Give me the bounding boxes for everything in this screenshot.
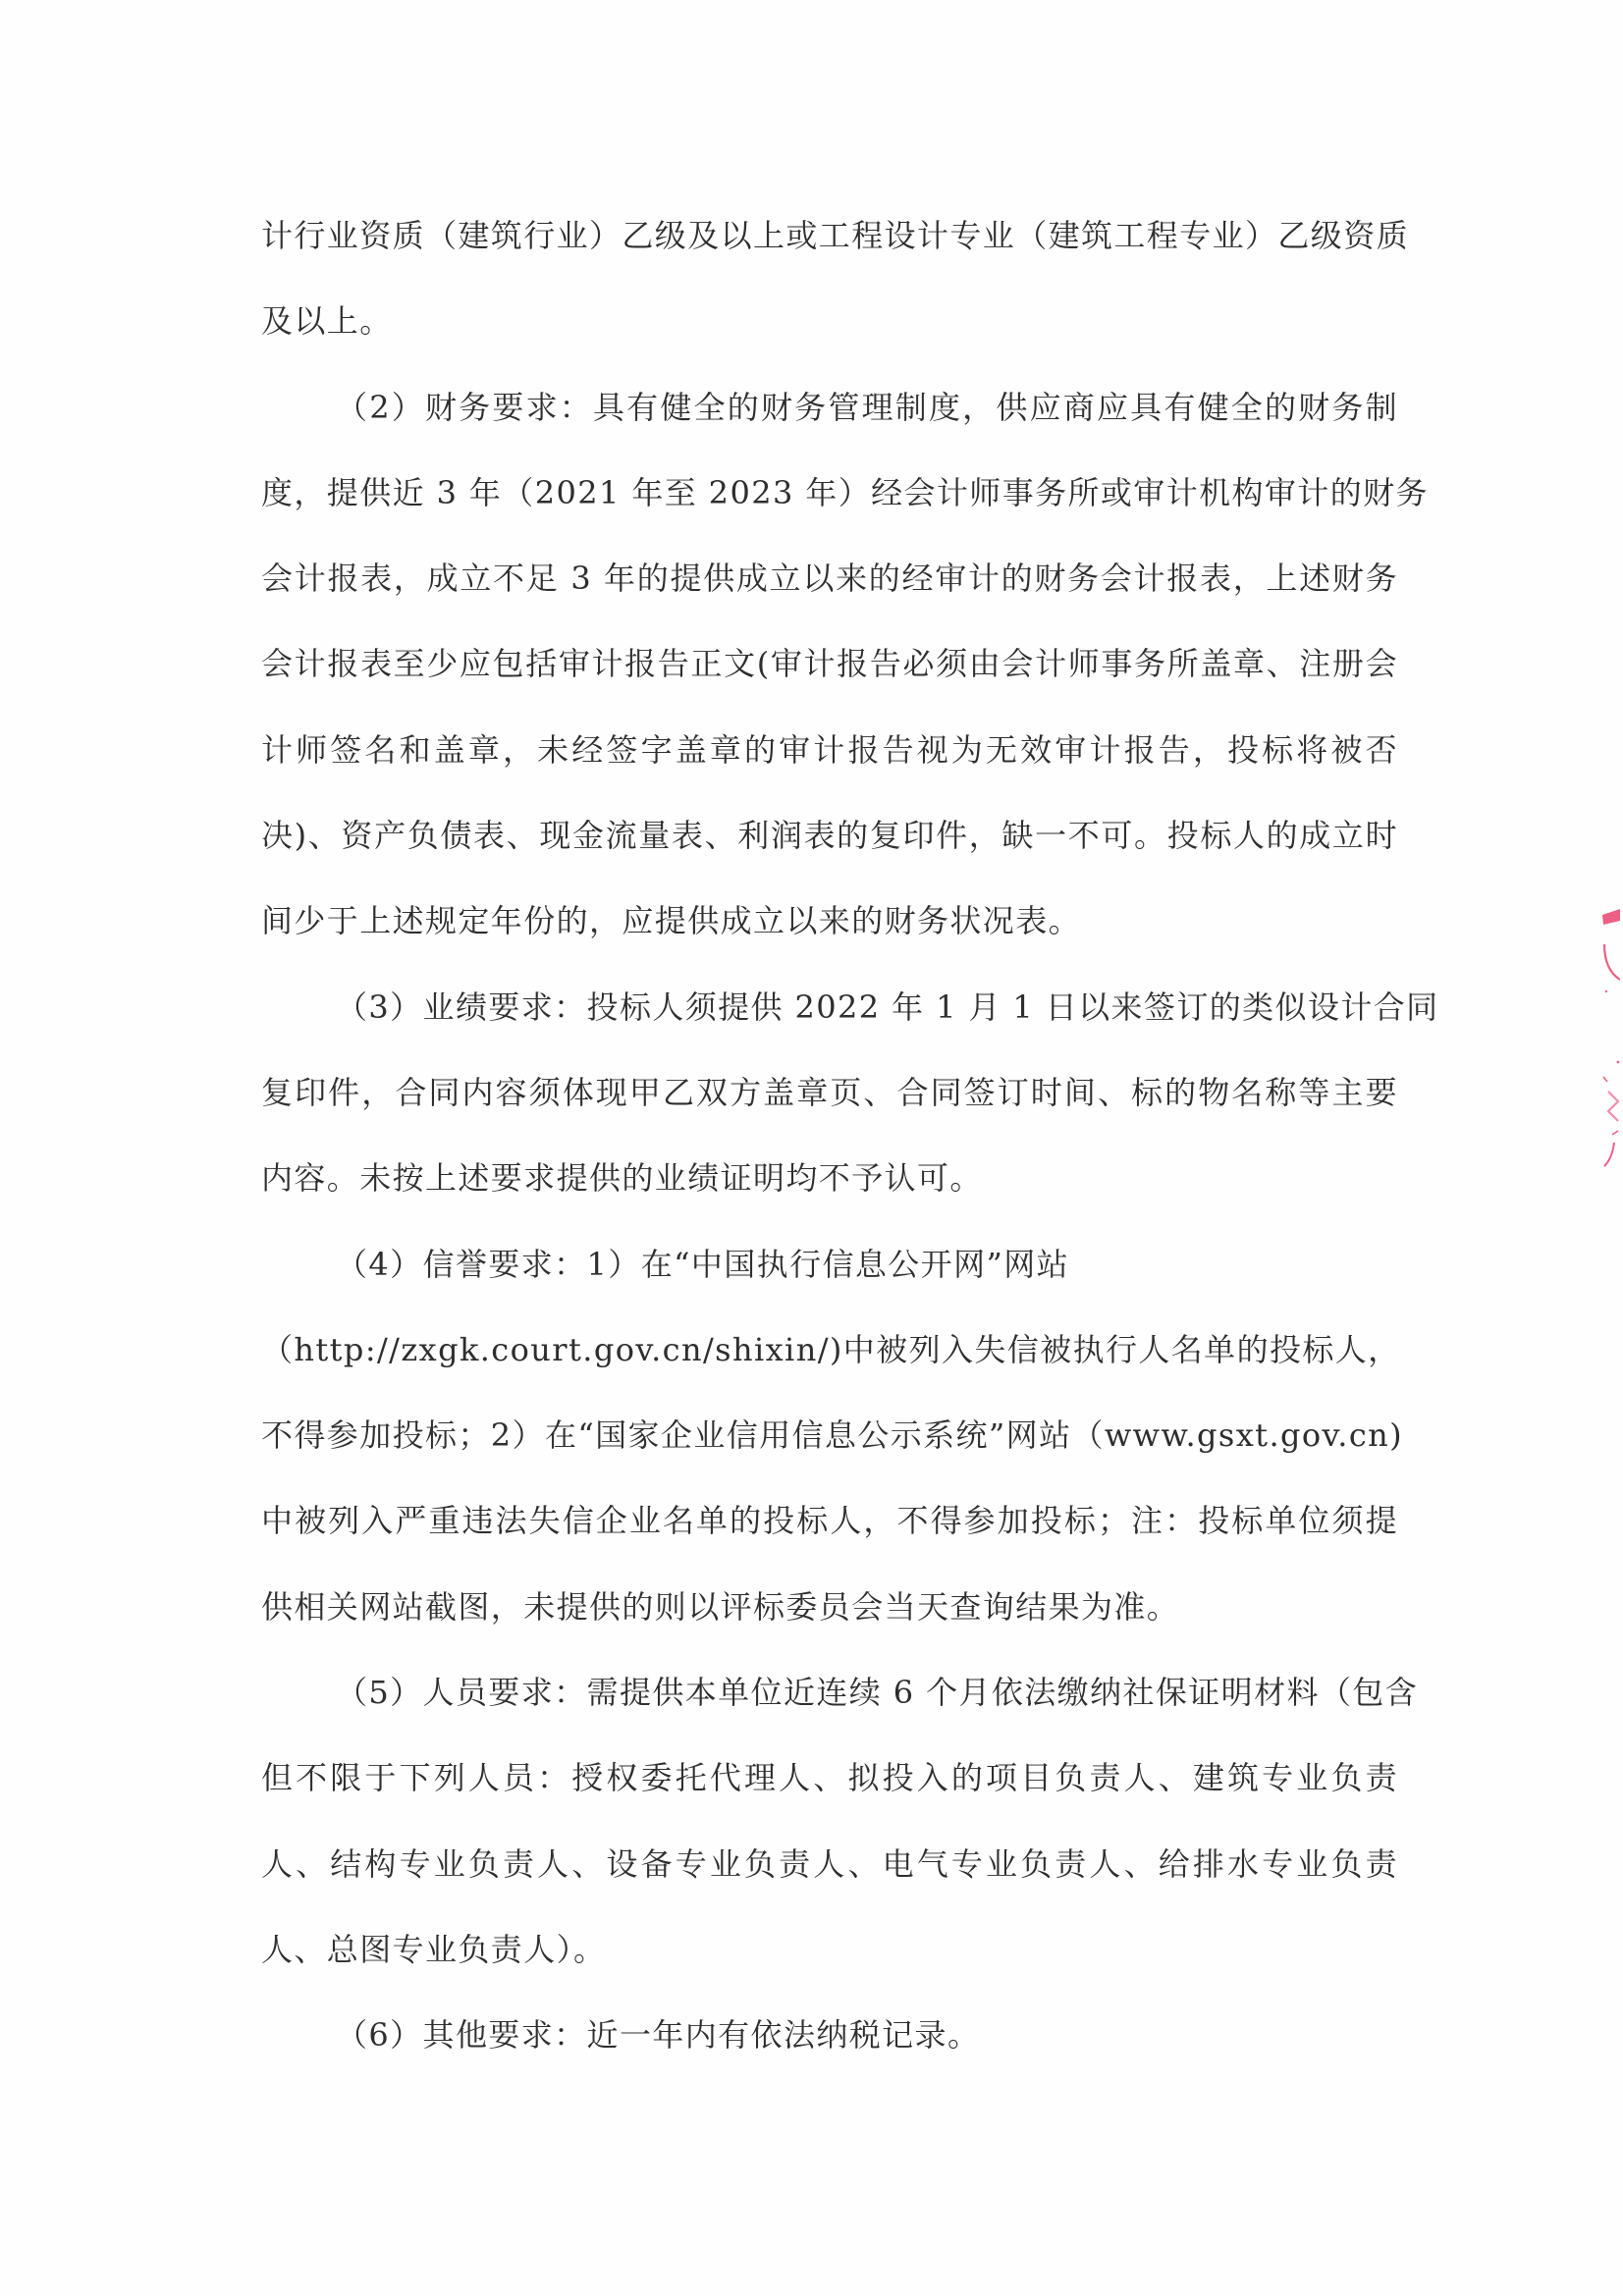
text-line: 计行业资质（建筑行业）乙级及以上或工程设计专业（建筑工程专业）乙级资质	[261, 209, 1398, 294]
paragraph-heading-line: （3）业绩要求：投标人须提供 2022 年 1 月 1 日以来签订的类似设计合同	[261, 981, 1398, 1066]
paragraph-heading-line: （2）财务要求：具有健全的财务管理制度，供应商应具有健全的财务制	[261, 381, 1398, 466]
text-line: 内容。未按上述要求提供的业绩证明均不予认可。	[261, 1151, 1398, 1237]
document-body: 计行业资质（建筑行业）乙级及以上或工程设计专业（建筑工程专业）乙级资质 及以上。…	[261, 209, 1398, 2095]
text-line: 但不限于下列人员：授权委托代理人、拟投入的项目负责人、建筑专业负责	[261, 1751, 1398, 1837]
text-line: 供相关网站截图，未提供的则以评标委员会当天查询结果为准。	[261, 1580, 1398, 1666]
paragraph-performance-requirements: （3）业绩要求：投标人须提供 2022 年 1 月 1 日以来签订的类似设计合同…	[261, 981, 1398, 1238]
text-line-url: 不得参加投标；2）在“国家企业信用信息公示系统”网站（www.gsxt.gov.…	[261, 1409, 1398, 1494]
text-line: 及以上。	[261, 294, 1398, 380]
text-line: 人、总图专业负责人）。	[261, 1923, 1398, 2008]
text-line: 度，提供近 3 年（2021 年至 2023 年）经会计师事务所或审计机构审计的…	[261, 466, 1398, 552]
text-line: 计师签名和盖章，未经签字盖章的审计报告视为无效审计报告，投标将被否	[261, 723, 1398, 809]
document-page: 计行业资质（建筑行业）乙级及以上或工程设计专业（建筑工程专业）乙级资质 及以上。…	[0, 0, 1623, 2296]
text-line: 会计报表，成立不足 3 年的提供成立以来的经审计的财务会计报表，上述财务	[261, 552, 1398, 637]
paragraph-credit-requirements: （4）信誉要求：1）在“中国执行信息公开网”网站 （http://zxgk.co…	[261, 1238, 1398, 1666]
text-line: 间少于上述规定年份的，应提供成立以来的财务状况表。	[261, 894, 1398, 980]
text-line: 决)、资产负债表、现金流量表、利润表的复印件，缺一不可。投标人的成立时	[261, 809, 1398, 894]
paragraph-personnel-requirements: （5）人员要求：需提供本单位近连续 6 个月依法缴纳社保证明材料（包含 但不限于…	[261, 1666, 1398, 2008]
paragraph-qualification-continued: 计行业资质（建筑行业）乙级及以上或工程设计专业（建筑工程专业）乙级资质 及以上。	[261, 209, 1398, 381]
text-line: 人、结构专业负责人、设备专业负责人、电气专业负责人、给排水专业负责	[261, 1838, 1398, 1923]
text-line: 中被列入严重违法失信企业名单的投标人，不得参加投标；注：投标单位须提	[261, 1494, 1398, 1579]
red-seal-fragment-icon	[1585, 854, 1620, 1168]
paragraph-other-requirements: （6）其他要求：近一年内有依法纳税记录。	[261, 2008, 1398, 2094]
paragraph-heading-line: （5）人员要求：需提供本单位近连续 6 个月依法缴纳社保证明材料（包含	[261, 1666, 1398, 1751]
text-line-url: （http://zxgk.court.gov.cn/shixin/)中被列入失信…	[261, 1323, 1398, 1409]
paragraph-financial-requirements: （2）财务要求：具有健全的财务管理制度，供应商应具有健全的财务制 度，提供近 3…	[261, 381, 1398, 981]
text-line: 复印件，合同内容须体现甲乙双方盖章页、合同签订时间、标的物名称等主要	[261, 1066, 1398, 1151]
paragraph-heading-line: （4）信誉要求：1）在“中国执行信息公开网”网站	[261, 1238, 1398, 1323]
paragraph-heading-line: （6）其他要求：近一年内有依法纳税记录。	[261, 2008, 1398, 2094]
text-line: 会计报表至少应包括审计报告正文(审计报告必须由会计师事务所盖章、注册会	[261, 637, 1398, 722]
